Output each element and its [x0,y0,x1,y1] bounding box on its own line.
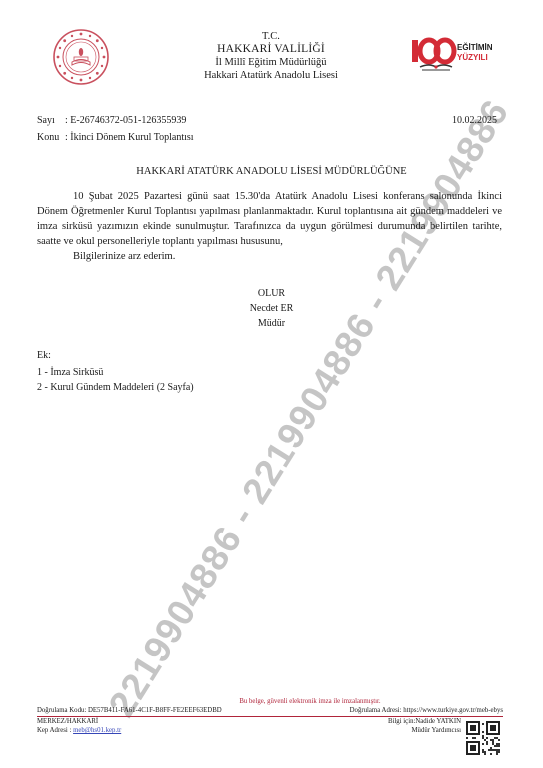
meb-emblem-icon [52,28,110,86]
header-line-valilik: HAKKARİ VALİLİĞİ [171,43,371,56]
letter-body: 10 Şubat 2025 Pazartesi günü saat 15.30'… [37,189,502,264]
kep-address-row: Kep Adresi : meb@hs01.kep.tr [37,726,121,735]
kep-label: Kep Adresi : [37,727,73,734]
signature-block: OLUR Necdet ER Müdür [0,286,543,331]
contact-row: MERKEZ/HAKKARİ Kep Adresi : meb@hs01.kep… [37,717,503,736]
signer-name: Necdet ER [0,301,543,316]
document-footer: Bu belge, güvenli elektronik imza ile im… [37,697,503,736]
konu-label: Konu [37,131,65,144]
svg-text:YÜZYILI: YÜZYILI [457,53,488,62]
body-paragraph: 10 Şubat 2025 Pazartesi günü saat 15.30'… [37,189,502,249]
kep-address-link[interactable]: meb@hs01.kep.tr [73,727,121,734]
header-line-school: Hakkari Atatürk Anadolu Lisesi [171,69,371,82]
header-line-tc: T.C. [171,30,371,43]
attachment-item: 2 - Kurul Gündem Maddeleri (2 Sayfa) [37,380,194,395]
signer-title: Müdür [0,316,543,331]
header-line-directorate: İl Millî Eğitim Müdürlüğü [171,56,371,69]
info-title: Müdür Yardımcısı [388,726,461,735]
qr-code-icon [466,721,500,755]
document-date: 10.02.2025 [452,114,497,127]
approval-label: OLUR [0,286,543,301]
document-number-row: Sayı: E-26746372-051-126355939 [37,114,186,127]
attachments-list: Ek: 1 - İmza Sirküsü 2 - Kurul Gündem Ma… [37,348,194,395]
attachment-item: 1 - İmza Sirküsü [37,365,194,380]
verification-address[interactable]: Doğrulama Adresi: https://www.turkiye.go… [350,706,503,715]
institution-header: T.C. HAKKARİ VALİLİĞİ İl Millî Eğitim Mü… [171,30,371,82]
verification-code: Doğrulama Kodu: DE57B411-FA61-4C1F-B8FF-… [37,706,222,715]
body-closing: Bilgilerinize arz ederim. [37,249,502,264]
verification-line: Doğrulama Kodu: DE57B411-FA61-4C1F-B8FF-… [37,706,503,716]
subject-row: Konu: İkinci Dönem Kurul Toplantısı [37,131,194,144]
esign-note: Bu belge, güvenli elektronik imza ile im… [77,697,543,706]
century-of-education-logo: EĞİTİMİN YÜZYILI [410,34,506,74]
sayi-label: Sayı [37,114,65,127]
svg-text:EĞİTİMİN: EĞİTİMİN [457,43,493,52]
sayi-value: : E-26746372-051-126355939 [65,115,186,126]
attachments-label: Ek: [37,348,194,363]
addressee-heading: HAKKARİ ATATÜRK ANADOLU LİSESİ MÜDÜRLÜĞÜ… [0,166,543,177]
info-person: Bilgi için:Nadide YATKIN [388,717,461,726]
unit-name: MERKEZ/HAKKARİ [37,717,121,726]
konu-value: : İkinci Dönem Kurul Toplantısı [65,132,194,143]
